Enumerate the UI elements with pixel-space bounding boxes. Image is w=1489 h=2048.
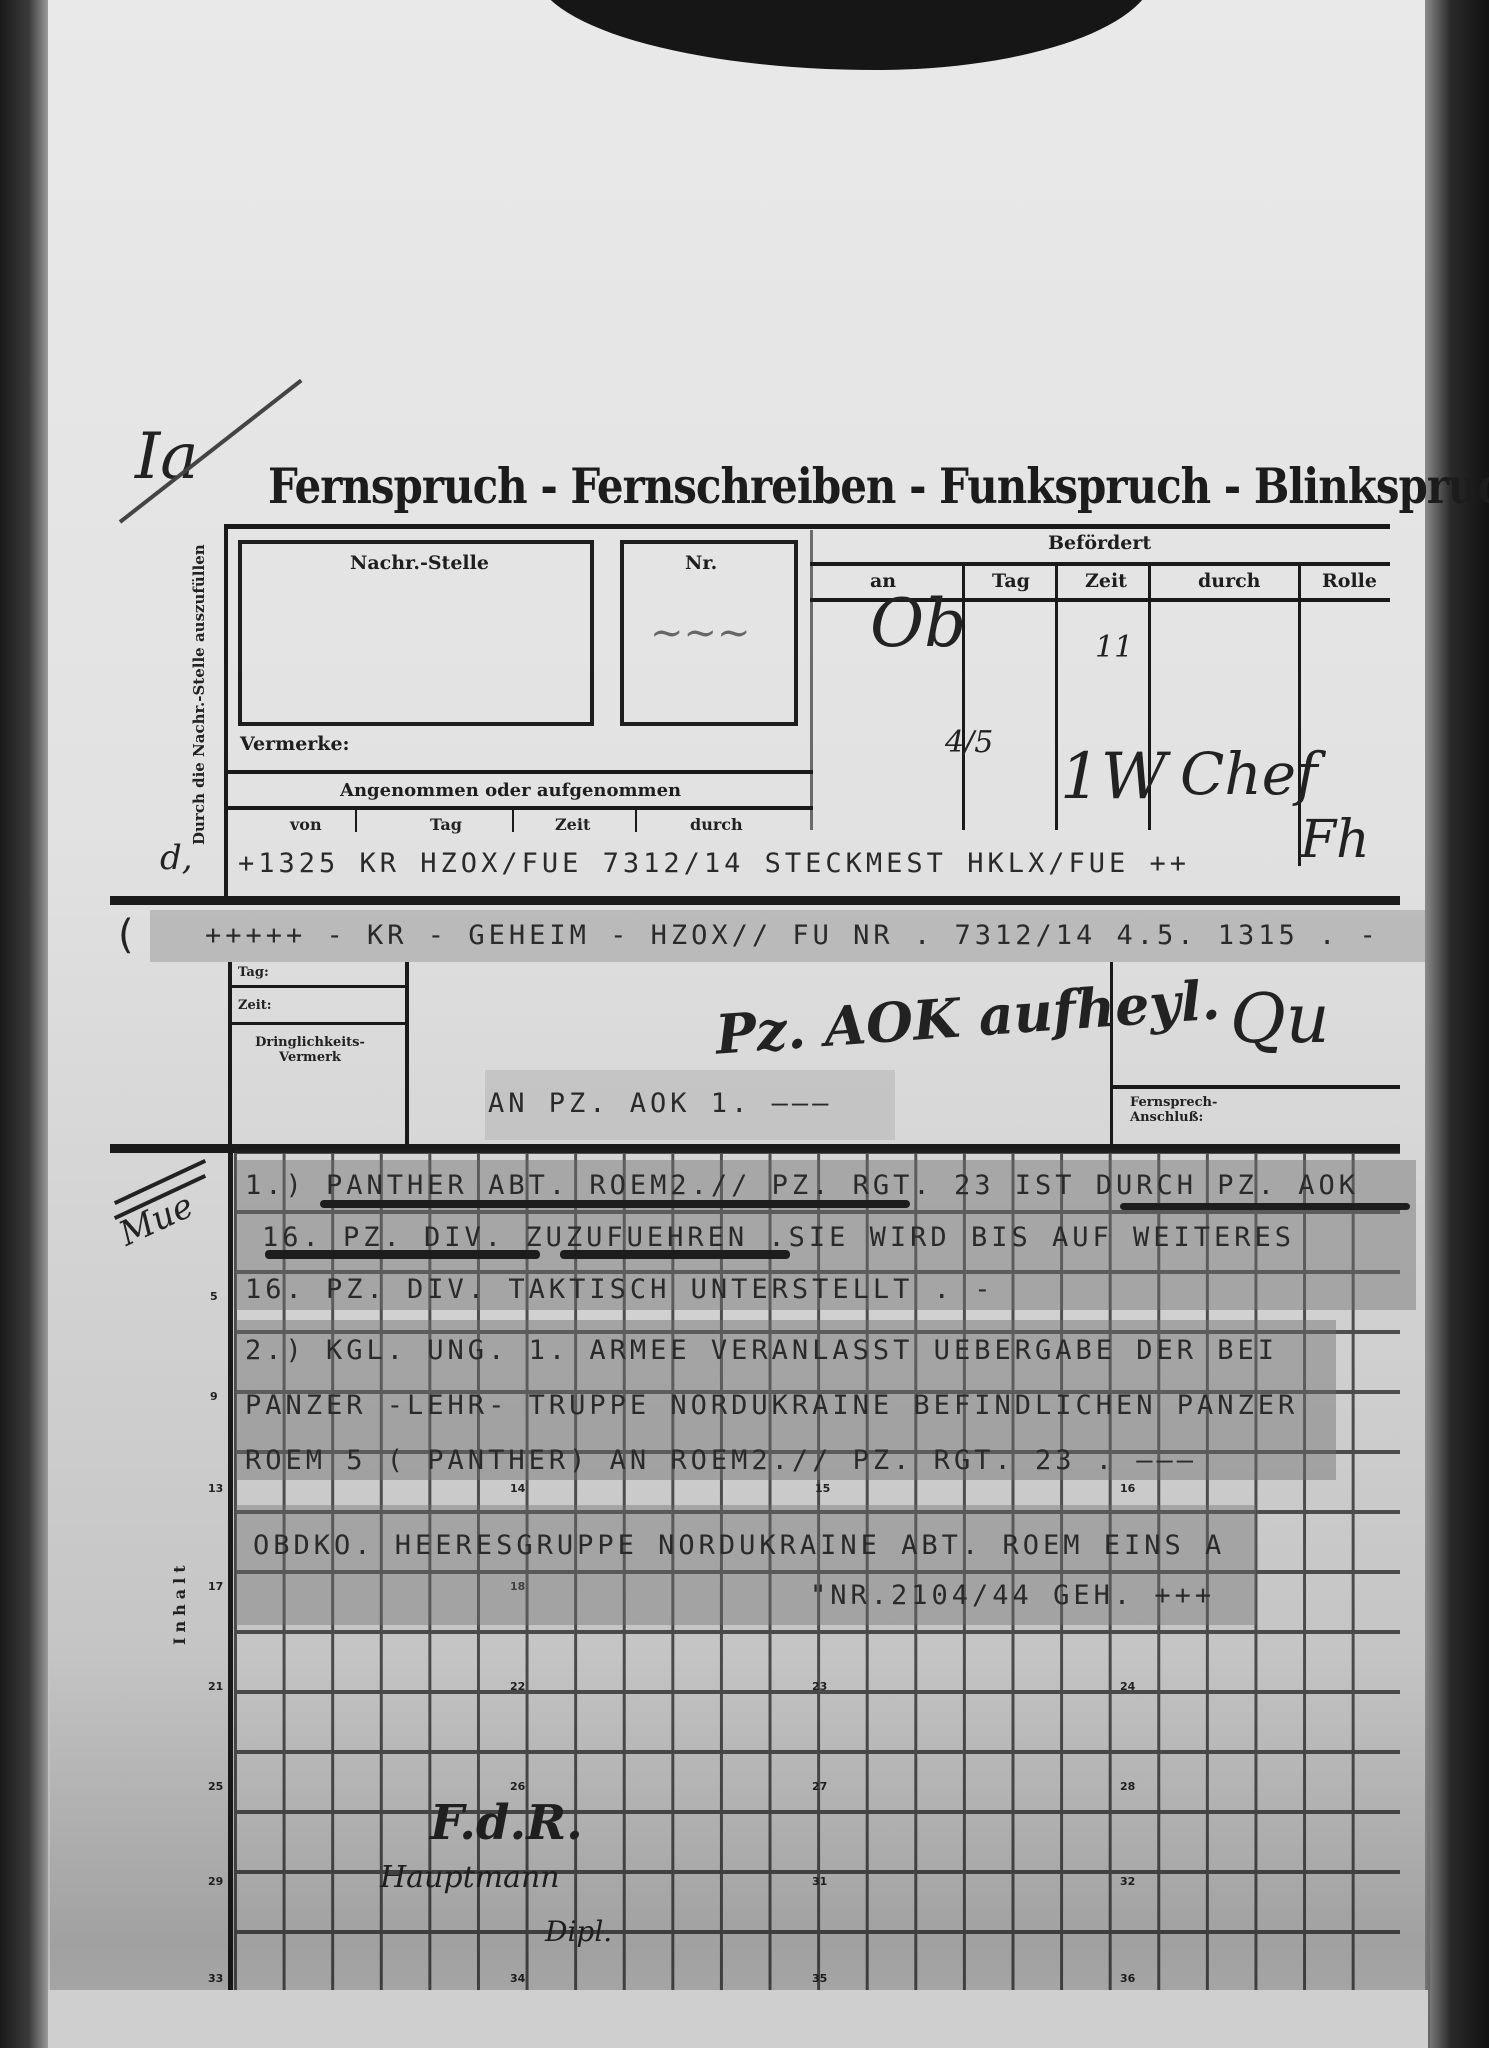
zeit-rule: [228, 1022, 408, 1025]
form-title: Fernspruch - Fernschreiben - Funkspruch …: [268, 458, 1348, 514]
angenommen-label: Angenommen oder aufgenommen: [340, 780, 681, 801]
row-number: 16: [1120, 1482, 1135, 1495]
befoerdert-col-tag: Tag: [992, 570, 1030, 592]
handwritten-tag: 4/5: [945, 725, 993, 760]
fernsprech-rule: [1110, 1085, 1400, 1089]
row-number: 5: [210, 1290, 218, 1303]
body-line-2: 16. PZ. DIV. ZUZUFUEHREN .SIE WIRD BIS A…: [262, 1222, 1295, 1253]
angenommen-col-tag: Tag: [430, 815, 462, 834]
form-bottom-margin: [48, 1990, 1428, 2048]
margin-mark-a: d,: [160, 838, 193, 878]
scan-left-edge: [0, 0, 48, 2048]
bracket-mark: (: [118, 912, 134, 958]
body-line-1: 1.) PANTHER ABT. ROEM2.// PZ. RGT. 23 IS…: [245, 1170, 1359, 1201]
body-line-6: ROEM 5 ( PANTHER) AN ROEM2.// PZ. RGT. 2…: [245, 1445, 1197, 1476]
tag-label: Tag:: [238, 965, 269, 980]
underline-3: [265, 1250, 540, 1259]
row-number: 15: [815, 1482, 830, 1495]
typed-recipient: AN PZ. AOK 1. ———: [488, 1088, 832, 1119]
befoerdert-left-rule: [810, 530, 813, 830]
separator-rule-1: [110, 896, 1400, 905]
form-top-rule: [224, 524, 1390, 529]
body-line-4: 2.) KGL. UNG. 1. ARMEE VERANLASST UEBERG…: [245, 1335, 1278, 1366]
middle-initials: Qu: [1230, 980, 1330, 1059]
underline-1: [320, 1200, 910, 1208]
fernsprech-label: Fernsprech-Anschluß:: [1130, 1095, 1230, 1125]
befoerdert-col-durch: durch: [1198, 570, 1261, 592]
handwritten-zeit-top: 11: [1095, 630, 1133, 665]
row-number: 14: [510, 1482, 525, 1495]
nachr-stelle-label: Nachr.-Stelle: [350, 552, 489, 574]
angenommen-divider: [512, 810, 514, 832]
tag-rule: [228, 985, 408, 988]
inhalt-label: Inhalt: [170, 1560, 189, 1645]
scan-right-edge: [1425, 0, 1489, 2048]
body-line-7: OBDKO. HEERESGRUPPE NORDUKRAINE ABT. ROE…: [253, 1530, 1225, 1561]
befoerdert-col-zeit: Zeit: [1085, 570, 1127, 592]
befoerdert-divider: [1055, 566, 1058, 830]
angenommen-col-von: von: [290, 815, 322, 834]
row-number: 13: [208, 1482, 223, 1495]
nr-scribble: ~~~: [650, 610, 751, 656]
form-left-rule: [224, 524, 228, 899]
scan-shading: [50, 1650, 1430, 2048]
befoerdert-col-rolle: Rolle: [1322, 570, 1377, 592]
underline-2: [1120, 1203, 1410, 1210]
body-line-5: PANZER -LEHR- TRUPPE NORDUKRAINE BEFINDL…: [245, 1390, 1298, 1421]
middle-box-right-rule: [405, 962, 409, 1147]
zeit-label: Zeit:: [238, 998, 272, 1013]
handwritten-durch: Chef: [1180, 740, 1318, 808]
dringlichkeit-label: Dringlichkeits-Vermerk: [240, 1035, 380, 1065]
body-line-3: 16. PZ. DIV. TAKTISCH UNTERSTELLT . -: [245, 1274, 994, 1305]
middle-left-rule: [228, 962, 232, 1147]
angenommen-divider: [635, 810, 637, 832]
befoerdert-label: Befördert: [1048, 532, 1151, 554]
handwritten-zeit: 1W: [1060, 740, 1167, 814]
body-line-8: "NR.2104/44 GEH. +++: [810, 1580, 1215, 1611]
vermerke-rule: [228, 770, 813, 774]
handwritten-an: Ob: [870, 585, 966, 662]
typed-secret-line: +++++ - KR - GEHEIM - HZOX// FU NR . 731…: [205, 920, 1380, 951]
side-label: Durch die Nachr.-Stelle auszufüllen: [190, 544, 208, 845]
handwritten-rolle: Fh: [1300, 810, 1370, 870]
vermerke-label: Vermerke:: [240, 733, 350, 755]
underline-4: [560, 1250, 790, 1259]
nr-label: Nr.: [685, 552, 717, 574]
row-number: 9: [210, 1390, 218, 1403]
angenommen-col-durch: durch: [690, 815, 743, 834]
angenommen-col-zeit: Zeit: [555, 815, 590, 834]
row-number: 17: [208, 1580, 223, 1593]
befoerdert-header-rule: [810, 562, 1390, 566]
angenommen-rule: [228, 806, 813, 810]
angenommen-divider: [355, 810, 357, 832]
typed-header-line: +1325 KR HZOX/FUE 7312/14 STECKMEST HKLX…: [238, 848, 1190, 879]
